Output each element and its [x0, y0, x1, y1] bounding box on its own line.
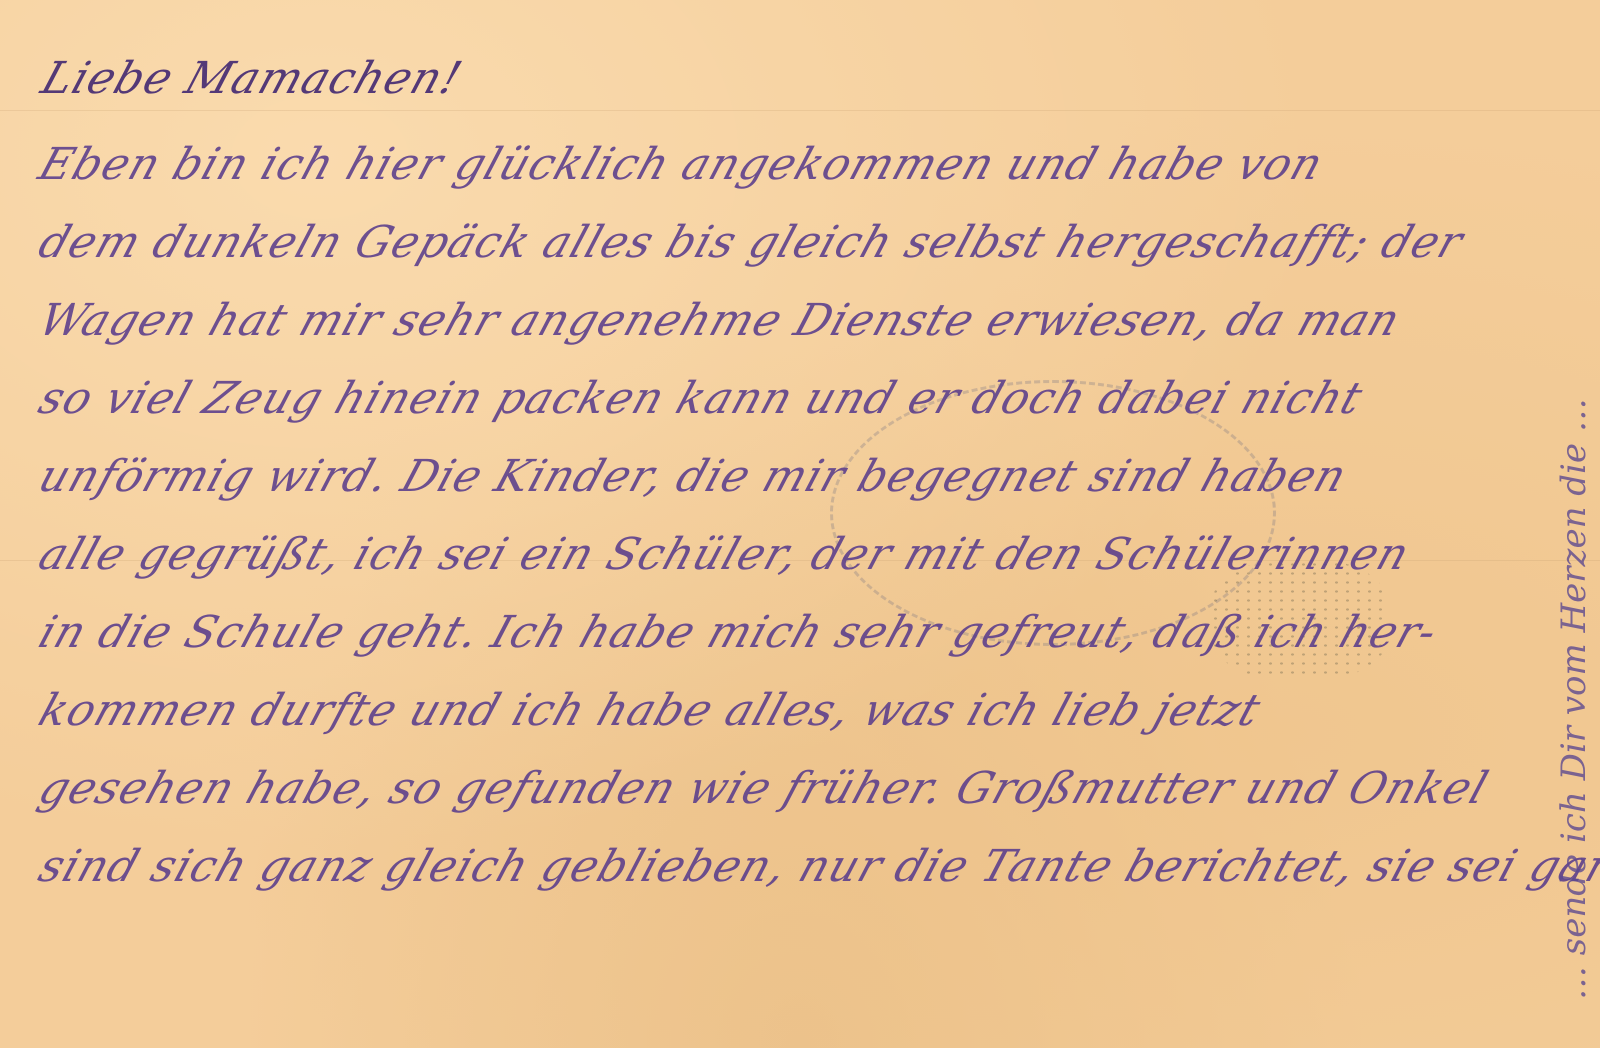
letter-greeting: Liebe Mamachen! — [28, 40, 1576, 126]
letter-line: unförmig wird. Die Kinder, die mir begeg… — [28, 438, 1573, 516]
letter-line: alle gegrüßt, ich sei ein Schüler, der m… — [28, 516, 1573, 594]
letter-line: gesehen habe, so gefunden wie früher. Gr… — [28, 750, 1573, 828]
letter-line: Eben bin ich hier glücklich angekommen u… — [28, 126, 1573, 204]
letter-line: so viel Zeug hinein packen kann und er d… — [28, 360, 1573, 438]
margin-note-vertical: … sende ich Dir vom Herzen die … — [1554, 40, 1594, 1000]
letter-line: in die Schule geht. Ich habe mich sehr g… — [28, 594, 1573, 672]
letter-line: sind sich ganz gleich geblieben, nur die… — [28, 828, 1573, 906]
letter-card: Liebe Mamachen! Eben bin ich hier glückl… — [0, 0, 1600, 1048]
letter-line: Wagen hat mir sehr angenehme Dienste erw… — [28, 282, 1573, 360]
letter-line: kommen durfte und ich habe alles, was ic… — [28, 672, 1573, 750]
letter-line: dem dunkeln Gepäck alles bis gleich selb… — [28, 204, 1573, 282]
letter-body: Liebe Mamachen! Eben bin ich hier glückl… — [28, 40, 1548, 906]
